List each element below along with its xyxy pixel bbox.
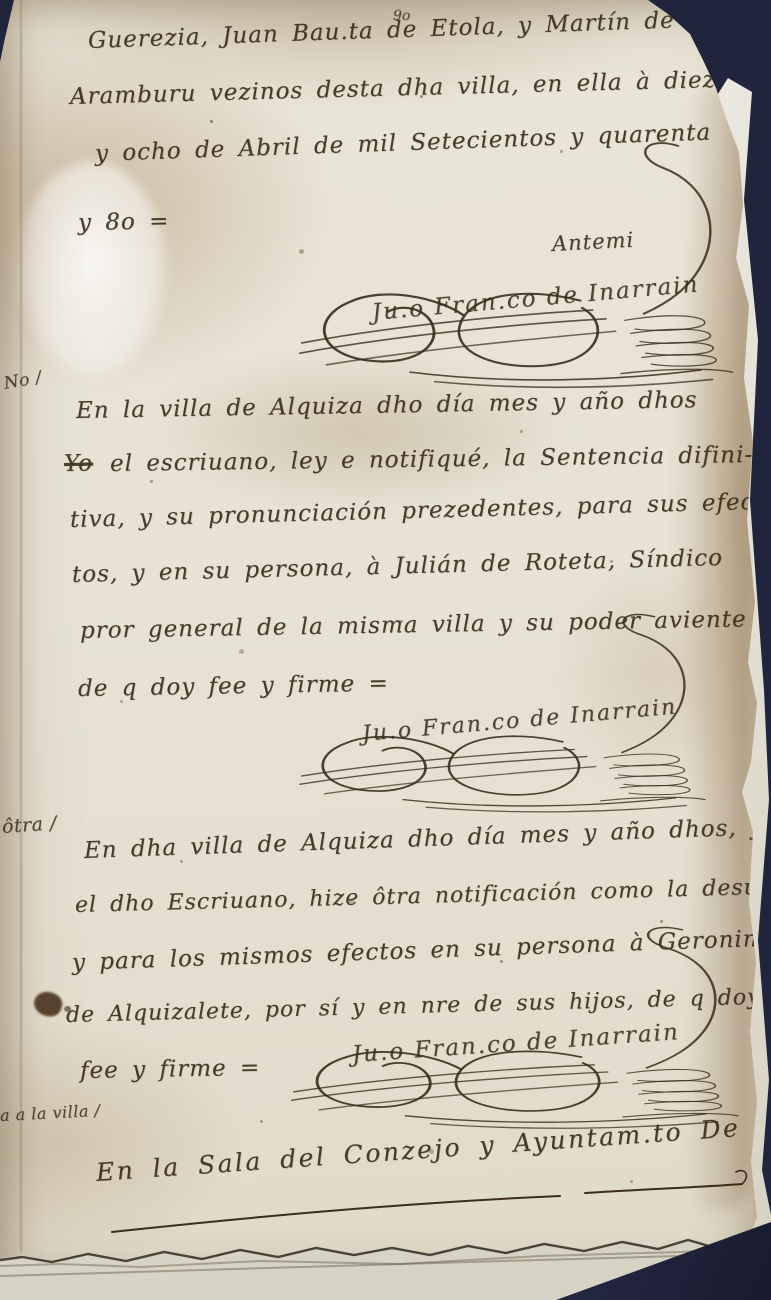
signature-name: Ju.o Fran.co de Inarrain <box>371 271 700 326</box>
margin-note: No / <box>2 368 43 394</box>
closing-line: En la Sala del Conzejo y Ayuntam.to De <box>95 1113 741 1187</box>
manuscript-line: Guerezia, Juan Bau.ta de Etola, y Martín… <box>88 8 675 54</box>
manuscript-line: y para los mismos efectos en su persona … <box>72 925 771 976</box>
manuscript-line: tos, y en su persona, à Julián de Roteta… <box>72 545 724 588</box>
manuscript-line: y ocho de Abril de mil Setecientos y qua… <box>95 119 712 166</box>
manuscript-line: y 8o = <box>78 208 170 236</box>
manuscript-line: de q doy fee y firme = <box>78 671 389 702</box>
margin-note: a a la villa / <box>0 1101 101 1125</box>
paper-vignette <box>0 0 771 1300</box>
signature-name: Ju.o Fran.co de Inarrain <box>351 1019 680 1068</box>
paper-speckles <box>210 120 213 123</box>
paper-stain <box>168 366 578 506</box>
attestation-antemi: Antemi <box>551 228 634 256</box>
manuscript-line: tiva, y su pronunciación prezedentes, pa… <box>70 489 764 533</box>
margin-note: ôtra / <box>1 812 57 838</box>
signature-name: Ju.o Fran.co de Inarrain <box>361 694 678 746</box>
manuscript-line: pror general de la misma villa y su pode… <box>80 606 747 644</box>
manuscript-line: el escriuano, ley e notifiqué, la Senten… <box>110 442 754 477</box>
manuscript-line: Aramburu vezinos desta dha villa, en ell… <box>70 66 744 110</box>
ink-blot <box>31 988 65 1019</box>
manuscript-page: 9o Guerezia, Juan Bau.ta de Etola, y Mar… <box>0 0 771 1300</box>
paper-stain <box>556 556 756 786</box>
manuscript-line: fee y firme = <box>80 1055 261 1084</box>
manuscript-photo: 9o Guerezia, Juan Bau.ta de Etola, y Mar… <box>0 0 771 1300</box>
manuscript-line: el dho Escriuano, hize ôtra notificación… <box>75 874 771 918</box>
manuscript-line: En dha villa de Alquiza dho día mes y añ… <box>84 814 771 864</box>
struck-word: Yo <box>64 450 93 477</box>
manuscript-line: En la villa de Alquiza dho día mes y año… <box>76 387 698 424</box>
paper-bright-patch <box>16 162 168 380</box>
